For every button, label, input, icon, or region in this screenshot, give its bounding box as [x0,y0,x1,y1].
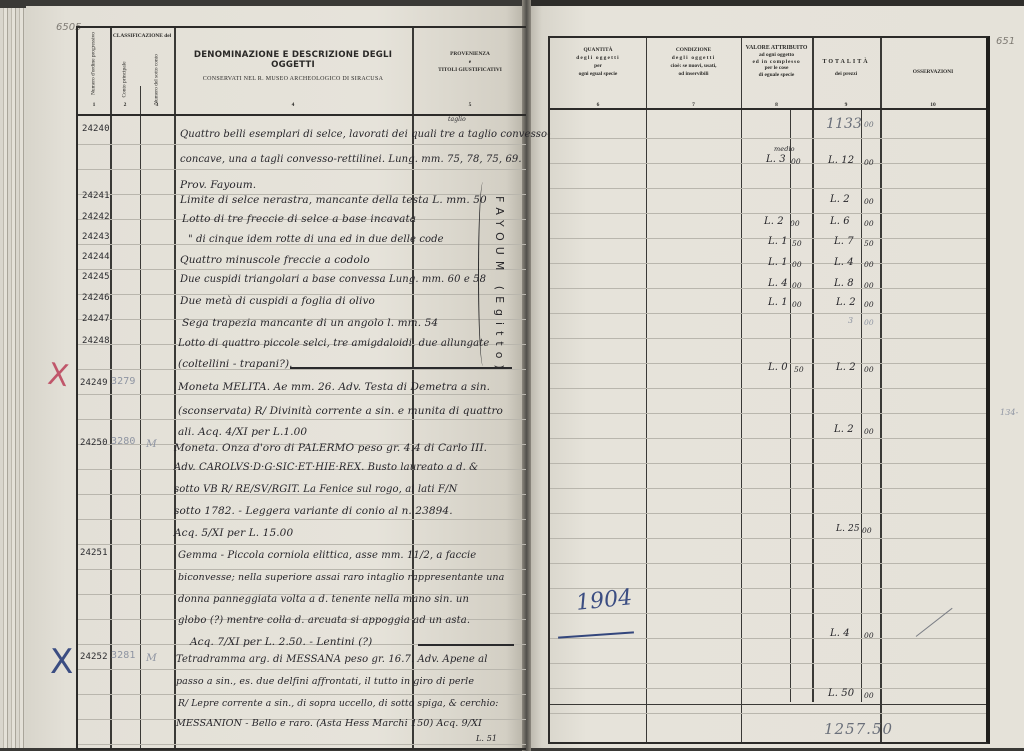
entry-line: R/ Lepre corrente a sin., di sopra uccel… [178,698,499,709]
header-col6: QUANTITÀ degli oggetti per ogni egual sp… [550,46,646,78]
total-value: 3 [848,316,853,325]
entry-line: " di cinque idem rotte di una ed in due … [188,234,444,245]
total-cents: 00 [864,158,874,167]
value-each: L. 2 [764,216,784,227]
entry-line: Limite di selce nerastra, mancante della… [180,194,487,206]
carry-forward-cents: 00 [864,120,874,129]
entry-line: Due metà di cuspidi a foglia di olivo [180,295,375,307]
header-col7-line: cioè: se nuovi, usati, [646,62,741,70]
value-each: L. 4 [768,278,788,289]
total-value: L. 2 [830,194,850,205]
margin-note-right: 134- [1000,408,1018,417]
entry-line: Quattro minuscole freccie a codolo [180,254,370,266]
entry-line: Adv. CAROLVS·D·G·SIC·ET·HIE·REX. Busto l… [174,462,478,473]
entry-line: (sconservata) R/ Divinità corrente a sin… [178,405,503,417]
total-value: L. 4 [830,628,850,639]
col-number: 4 [174,102,412,108]
total-value: L. 7 [834,236,854,247]
col-number: 8 [741,102,812,108]
total-value: L. 4 [834,257,854,268]
provenance-brace [478,182,488,366]
total-cents: 00 [864,219,874,228]
header-col6-line: per [550,62,646,70]
blue-x-mark: X [50,642,73,682]
entry-line: Due cuspidi triangolari a base convessa … [180,274,486,285]
total-value: L. 12 [828,155,854,166]
provenance-vertical-note: FAYOUM (Egitto) [493,196,506,375]
total-value: L. 2 [836,297,856,308]
value-each: L. 1 [768,257,788,268]
total-cents: 00 [864,318,874,327]
total-value: L. 6 [830,216,850,227]
entry-line: sotto 1782. - Leggera variante di conio … [174,505,453,517]
value-each-cents: 00 [792,260,802,269]
entry-number: 24252 [80,652,108,662]
header-col9-line: dei prezzi [812,70,880,78]
header-col4-subtitle: CONSERVATI NEL R. MUSEO ARCHEOLOGICO DI … [174,76,412,82]
entry-number: 24248 [82,336,110,346]
header-col5-line: e [412,58,528,66]
col-number: 2 [110,102,140,108]
entry-line: Lotto di quattro piccole selci, tre amig… [178,338,489,349]
value-each-cents: 00 [792,281,802,290]
entry-line: sotto VB R/ RE/SV/RGIT. La Fenice sul ro… [174,484,457,495]
col-number: 3 [140,102,174,108]
col-divider [646,38,647,742]
col-divider [880,38,882,742]
total-value: L. 25 [836,524,860,534]
value-each: L. 0 [768,362,788,373]
right-page-number: 651 [996,36,1015,47]
entry-line: Moneta. Onza d'oro di PALERMO peso gr. 4… [174,442,487,454]
entry-line: Sega trapezia mancante di un angolo l. m… [182,317,438,329]
header-col10-label: OSSERVAZIONI [880,68,986,76]
entry-line: Quattro belli esemplari di selce, lavora… [180,129,551,140]
header-col7-line: CONDIZIONE [646,46,741,54]
entry-line: Prov. Fayoum. [180,179,256,191]
entry-number: 24246 [82,293,110,303]
open-ledger-book: 6505 651 Numero d'ordine progressivo 1 C… [0,0,1024,751]
entry-number: 24242 [82,212,110,222]
entry-subaccount: M [146,438,157,450]
total-cents: 00 [864,260,874,269]
value-each-cents: 00 [791,157,801,166]
header-col7-line: od inservibili [646,70,741,78]
header-col8-line: VALORE ATTRIBUITO [741,44,812,52]
header-col9-line: TOTALITÀ [812,58,880,66]
entry-line: passo a sin., es. due delfini affrontati… [176,676,474,687]
entry-above-note: taglio [448,116,466,123]
header-col5-line: PROVENIENZA [412,50,528,58]
header-col2-label: Conto principale [122,51,129,109]
entry-line: Moneta MELITA. Ae mm. 26. Adv. Testa di … [178,381,490,393]
total-cents: 00 [864,281,874,290]
header-col7: CONDIZIONE degli oggetti cioè: se nuovi,… [646,46,741,78]
entry-line: Lotto di tre freccie di selce a base inc… [182,213,416,225]
header-col1-label: Numero d'ordine progressivo [91,26,98,102]
entry-number: 24250 [80,438,108,448]
total-value: L. 50 [828,688,854,699]
entry-line: (coltellini - trapani?). [178,358,293,370]
entry-line: Acq. 7/XI per L. 2.50. - Lentini (?) [190,636,372,648]
col-number: 5 [412,102,528,108]
header-col2: Conto principale 2 [110,28,140,114]
entry-number: 24244 [82,252,110,262]
header-col8: VALORE ATTRIBUITO ad ogni oggetto ed in … [741,44,812,78]
entry-number: 24249 [80,378,108,388]
value-each-cents: 00 [792,300,802,309]
header-col1: Numero d'ordine progressivo 1 [78,28,110,114]
total-value: L. 8 [834,278,854,289]
col-number: 1 [78,102,110,108]
entry-end-line [418,644,514,646]
col-number: 6 [550,102,646,108]
header-col5: PROVENIENZA e TITOLI GIUSTIFICATIVI 5 [412,50,528,114]
value-each: L. 3 [766,154,786,165]
value-each: L. 1 [768,236,788,247]
header-col5-line: TITOLI GIUSTIFICATIVI [412,66,528,74]
total-cents: 00 [864,300,874,309]
page-total: 1257.50 [824,720,893,738]
entry-number: 24247 [82,314,110,324]
header-col7-line: degli oggetti [646,54,741,62]
header-col6-line: degli oggetti [550,54,646,62]
header-col6-line: QUANTITÀ [550,46,646,54]
col-number: 9 [812,102,880,108]
header-col3-label: Numero del sotto conto [154,51,161,109]
entry-line: Acq. 5/XI per L. 15.00 [174,527,293,539]
total-cents: 00 [864,691,874,700]
entry-number: 24243 [82,232,110,242]
header-col4-title: DENOMINAZIONE E DESCRIZIONE DEGLI OGGETT… [174,50,412,70]
entry-account: 3281 [111,650,135,661]
entry-tail-price: L. 51 [476,734,497,743]
header-rule [550,108,986,110]
entry-line: donna panneggiata volta a d. tenente nel… [178,594,469,605]
value-note: medio [774,145,795,153]
entry-line: biconvesse; nella superiore assai raro i… [178,572,504,583]
right-ledger-table: QUANTITÀ degli oggetti per ogni egual sp… [548,36,990,744]
col-divider [140,86,141,748]
total-value: L. 2 [834,424,854,435]
total-cents: 00 [864,365,874,374]
entry-end-line [290,367,512,369]
col-number: 10 [880,102,986,108]
entry-line: concave, una a tagli convesso-rettilinei… [180,154,522,165]
entry-line: globo (?) mentre colla d. arcuata si app… [178,615,470,626]
entry-subaccount: M [146,652,157,664]
entry-account: 3279 [111,376,135,387]
total-cents: 00 [862,526,872,535]
carry-forward-total: 1133 [826,116,862,132]
total-value: L. 2 [836,362,856,373]
header-col8-line: di eguale specie [741,72,812,79]
col-divider [110,28,112,748]
total-cents: 00 [864,631,874,640]
entry-line: Tetradramma arg. di MESSANA peso gr. 16.… [176,654,488,665]
header-col3: Numero del sotto conto 3 [140,28,174,114]
col-divider [174,28,176,748]
header-col9: TOTALITÀ dei prezzi 9 [812,58,880,78]
header-col10: OSSERVAZIONI 10 [880,68,986,76]
entry-number: 24240 [82,124,110,134]
header-col6-line: ogni egual specie [550,70,646,78]
total-cents: 00 [864,197,874,206]
col-number: 7 [646,102,741,108]
value-each-cents: 00 [790,219,800,228]
entry-number: 24251 [80,548,108,558]
value-each-cents: 50 [792,239,802,248]
total-cents: 00 [864,427,874,436]
total-cents: 50 [864,239,874,248]
value-each: L. 1 [768,297,788,308]
entry-line: MESSANION - Bello e raro. (Asta Hess Mar… [176,718,482,729]
header-col4: DENOMINAZIONE E DESCRIZIONE DEGLI OGGETT… [174,50,412,114]
entry-number: 24245 [82,272,110,282]
value-each-cents: 50 [794,365,804,374]
entry-line: ali. Acq. 4/XI per L.1.00 [178,426,307,438]
entry-number: 24241 [82,191,110,201]
entry-account: 3280 [111,436,135,447]
col-divider [741,38,742,742]
entry-line: Gemma - Piccola corniola elittica, asse … [178,550,476,561]
